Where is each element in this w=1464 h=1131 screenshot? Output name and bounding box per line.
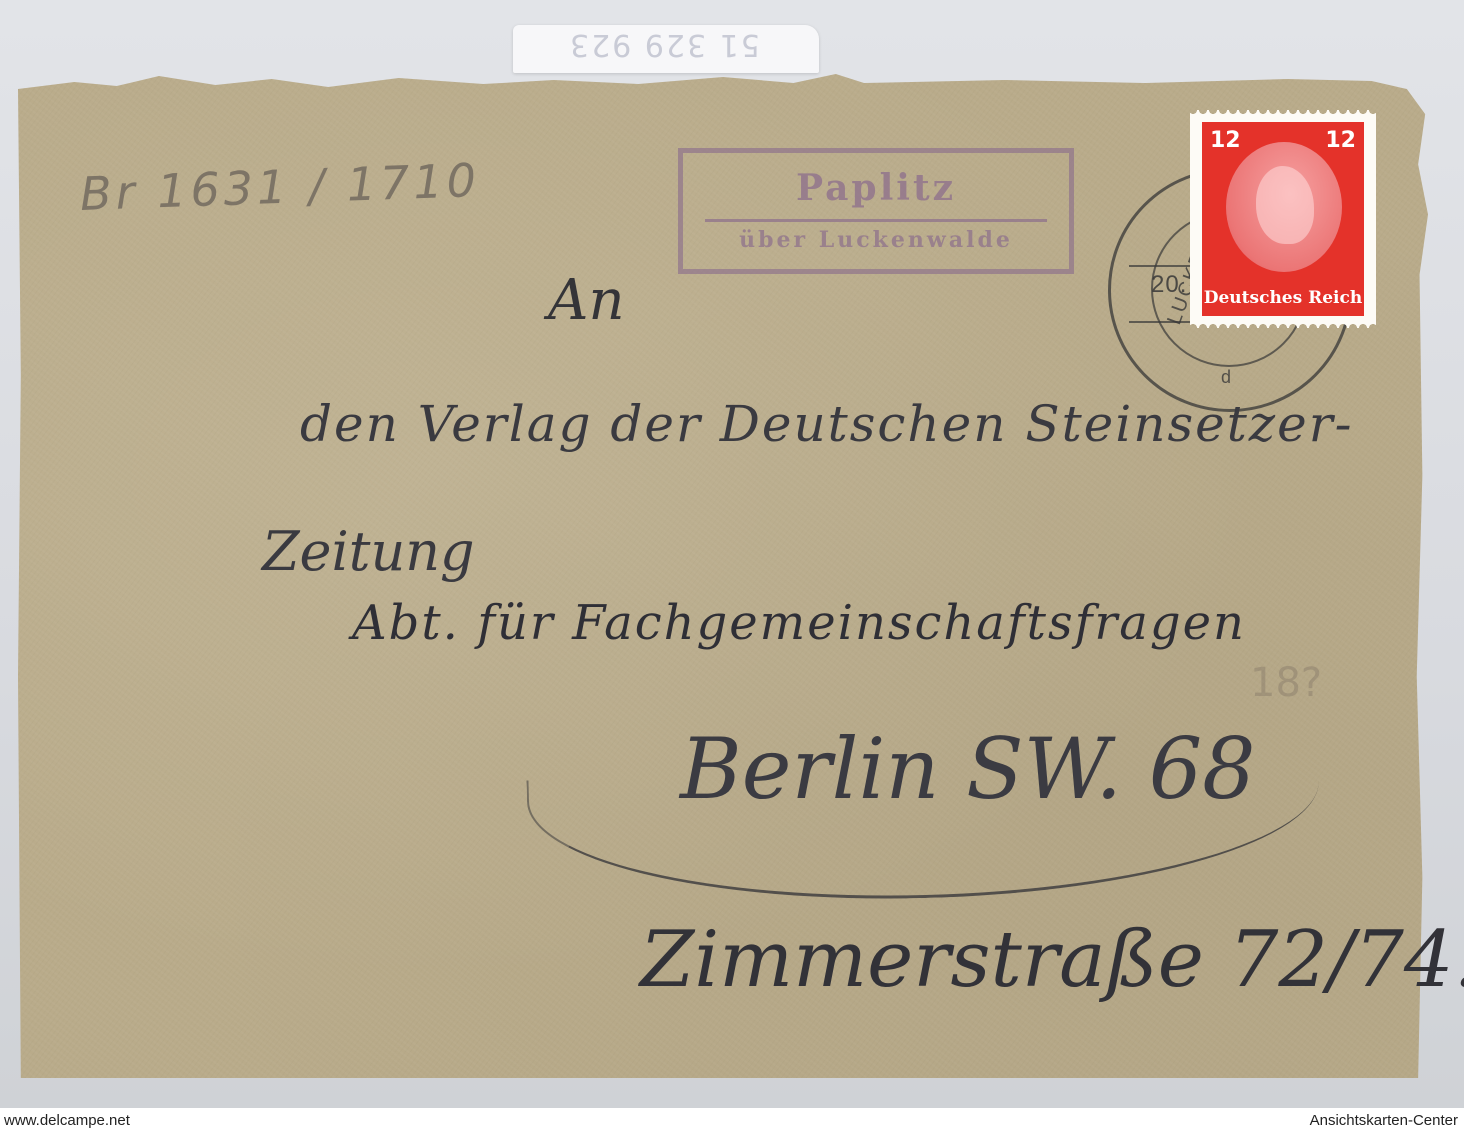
stamp-face: 12 12 Deutsches Reich (1202, 122, 1364, 316)
postage-stamp: 12 12 Deutsches Reich (1190, 110, 1376, 328)
address-line-street: Zimmerstraße 72/74. (640, 915, 1464, 1005)
stamp-value-right: 12 (1325, 128, 1356, 153)
portrait-medallion-icon (1226, 142, 1342, 272)
stamp-country: Deutsches Reich (1202, 288, 1364, 308)
handstamp-via: über Luckenwalde (683, 227, 1069, 253)
inventory-number: 51 329 923 (568, 27, 760, 62)
handstamp-divider (705, 219, 1047, 222)
address-line-department: Abt. für Fachgemeinschaftsfragen (352, 595, 1246, 651)
town-handstamp: Paplitz über Luckenwalde (678, 148, 1074, 274)
stamp-value-left: 12 (1210, 128, 1241, 153)
handstamp-town: Paplitz (683, 167, 1069, 209)
footer-site-link[interactable]: www.delcampe.net (4, 1112, 130, 1129)
portrait-head-icon (1256, 166, 1314, 244)
inventory-label: 51 329 923 (513, 25, 819, 73)
postmark-letter: d (1221, 367, 1231, 388)
address-salutation: An (548, 268, 625, 333)
faint-pencil-mark: 18? (1250, 660, 1322, 706)
address-line-recipient: den Verlag der Deutschen Steinsetzer- (300, 395, 1354, 453)
footer-seller-name: Ansichtskarten-Center (1310, 1112, 1458, 1129)
watermark-footer: www.delcampe.net Ansichtskarten-Center (0, 1108, 1464, 1131)
address-line-publication: Zeitung (262, 520, 475, 583)
